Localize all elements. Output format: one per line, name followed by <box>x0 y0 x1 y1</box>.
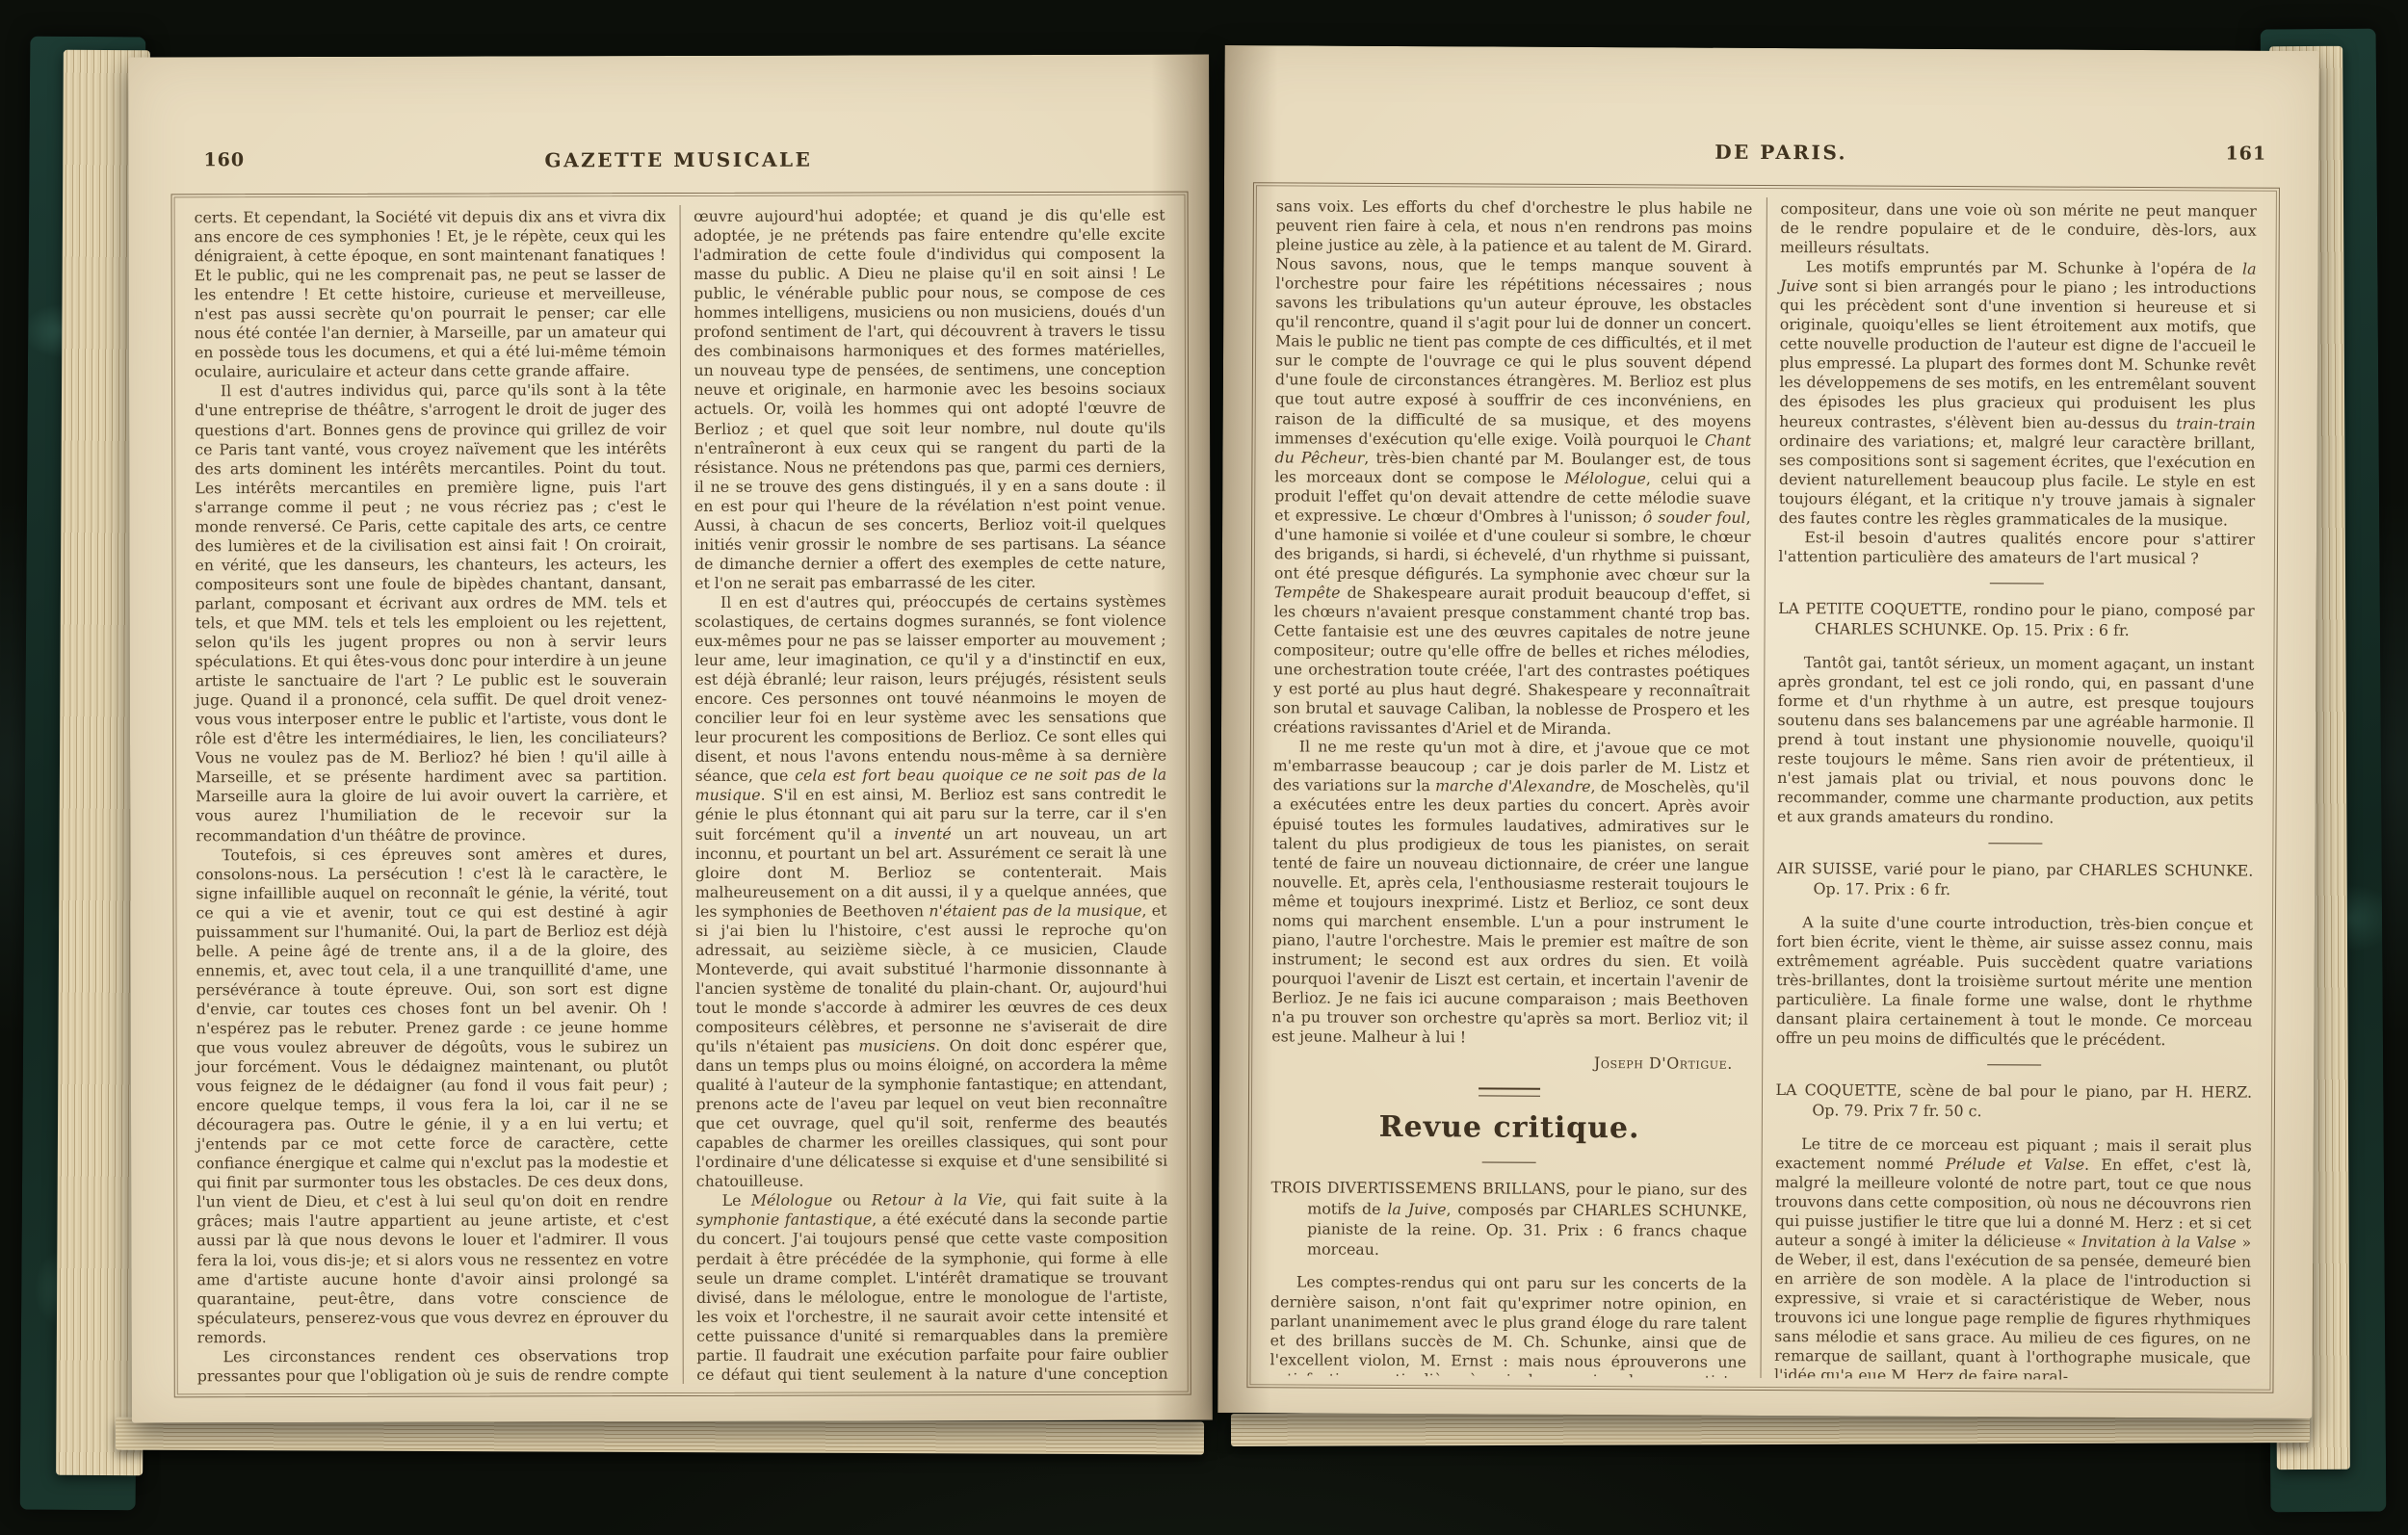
paragraph: LA PETITE COQUETTE, rondino pour le pian… <box>1778 598 2255 641</box>
right-page: 161 DE PARIS. sans voix. Les efforts du … <box>1217 45 2318 1418</box>
rule-divider <box>1479 1088 1540 1097</box>
right-text-frame: sans voix. Les efforts du chef d'orchest… <box>1246 182 2280 1393</box>
rule-divider <box>1987 1064 2041 1065</box>
right-text-frame-inner: sans voix. Les efforts du chef d'orchest… <box>1249 185 2277 1391</box>
right-running-title: DE PARIS. <box>1282 138 2280 166</box>
paragraph: Toutefois, si ces épreuves sont amères e… <box>196 845 668 1347</box>
right-columns: sans voix. Les efforts du chef d'orchest… <box>1256 195 2269 1380</box>
paragraph: œuvre aujourd'hui adoptée; et quand je d… <box>694 206 1166 593</box>
paragraph: LA COQUETTE, scène de bal pour le piano,… <box>1775 1080 2252 1123</box>
rule-divider <box>1990 583 2044 584</box>
scanned-book-spread: { "colors": { "background": "#0c0f0a", "… <box>0 0 2408 1535</box>
left-running-title: GAZETTE MUSICALE <box>186 147 1170 173</box>
left-text-frame-inner: certs. Et cependant, la Société vit depu… <box>174 195 1189 1395</box>
paragraph: Le Mélologue ou Retour à la Vie, qui fai… <box>696 1190 1168 1384</box>
paragraph: Il est d'autres individus qui, parce qu'… <box>195 380 667 845</box>
paragraph: compositeur, dans une voie où son mérite… <box>1780 199 2257 260</box>
paragraph: Joseph D'Ortigue. <box>1271 1052 1748 1074</box>
left-running-head: 160 GAZETTE MUSICALE <box>186 147 1170 179</box>
right-column-2: compositeur, dans une voie où son mérite… <box>1760 197 2270 1381</box>
rule-divider <box>1988 843 2042 844</box>
paragraph: Les motifs empruntés par M. Schunke à l'… <box>1779 257 2257 530</box>
rule-divider <box>1482 1162 1536 1163</box>
paragraph: sans voix. Les efforts du chef d'orchest… <box>1273 196 1752 740</box>
paragraph: Tantôt gai, tantôt sérieux, un moment ag… <box>1777 653 2254 829</box>
paragraph: Le titre de ce morceau est piquant ; mai… <box>1774 1134 2252 1381</box>
section-heading: Revue critique. <box>1271 1108 1748 1148</box>
right-running-head: 161 DE PARIS. <box>1282 138 2280 171</box>
left-page: 160 GAZETTE MUSICALE certs. Et cependant… <box>128 55 1213 1423</box>
paragraph: certs. Et cependant, la Société vit depu… <box>195 207 667 382</box>
right-column-1: sans voix. Les efforts du chef d'orchest… <box>1256 195 1766 1378</box>
paragraph: TROIS DIVERTISSEMENS BRILLANS, pour le p… <box>1270 1178 1747 1262</box>
paragraph: AIR SUISSE, varié pour le piano, par CHA… <box>1777 858 2254 901</box>
paragraph: Il ne me reste qu'un mot à dire, et j'av… <box>1271 738 1749 1049</box>
left-column-2: œuvre aujourd'hui adoptée; et quand je d… <box>679 204 1182 1384</box>
paragraph: A la suite d'une courte introduction, tr… <box>1776 913 2253 1051</box>
paragraph: Il en est d'autres qui, préoccupés de ce… <box>694 592 1167 1192</box>
paragraph: Les circonstances rendent ces observatio… <box>197 1346 669 1386</box>
left-column-1: certs. Et cependant, la Société vit depu… <box>181 205 683 1385</box>
page-edges-bottom-left <box>116 1418 1204 1455</box>
paragraph: Les comptes-rendus qui ont paru sur les … <box>1269 1273 1746 1378</box>
paragraph: Est-il besoin d'autres qualités encore p… <box>1778 528 2255 569</box>
left-columns: certs. Et cependant, la Société vit depu… <box>181 204 1182 1386</box>
left-text-frame: certs. Et cependant, la Société vit depu… <box>171 192 1191 1398</box>
